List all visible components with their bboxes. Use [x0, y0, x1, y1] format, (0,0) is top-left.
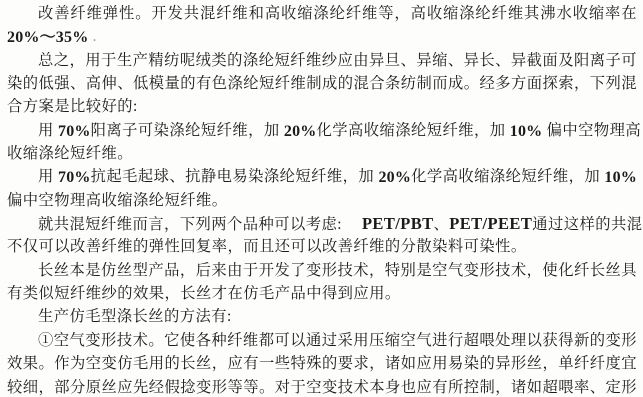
cjk-text: 化学高收缩涤纶短纤维，加 [411, 168, 604, 185]
text-line: 偏中空物理高收缩涤纶短纤维。 [7, 189, 637, 212]
cjk-text: 染的低强、高伸、低模量的有色涤纶短纤维制成的混合条纺制而成。经多方面探索，下列混 [7, 75, 637, 92]
cjk-text: 收缩涤纶短纤维。 [7, 145, 133, 162]
cjk-text [342, 216, 362, 233]
text-line: 收缩涤纶短纤维。 [7, 142, 637, 165]
cjk-text: . [88, 28, 97, 45]
cjk-text: 总之，用于生产精纺呢绒类的涤纶短纤维纱应由异旦、异缩、异长、异截面及阳离子可 [38, 52, 637, 69]
document-page: 改善纤维弹性。开发共混纤维和高收缩涤纶纤维等，高收缩涤纶纤维其沸水收缩率在20%… [0, 0, 643, 397]
cjk-text: 不仅可以改善纤维的弹性回复率，而且还可以改善纤维的分散染料可染性。 [7, 238, 527, 255]
cjk-text: 合方案是比较好的: [7, 98, 138, 115]
text-line: 染的低强、高伸、低模量的有色涤纶短纤维制成的混合条纺制而成。经多方面探索，下列混 [7, 72, 637, 95]
cjk-text: 就共混短纤维而言，下列两个品种可以考虑: [38, 216, 342, 233]
numeric-text: 70% [58, 123, 91, 140]
cjk-text: 用 [38, 168, 58, 185]
text-line: 就共混短纤维而言，下列两个品种可以考虑: PET/PBT、PET/PEET通过这… [7, 212, 637, 235]
cjk-text: 有类似短纤维纱的效果，长丝才在仿毛产品中得到应用。 [7, 285, 401, 302]
text-line: 较细，部分原丝应先经假捻变形等等。对于空变技术本身也应有所控制，诸如超喂率、定形 [7, 376, 637, 397]
cjk-text: 长丝本是仿丝型产品，后来由于开发了变形技术，特别是空气变形技术，使化纤长丝具 [38, 262, 637, 279]
text-line: 合方案是比较好的: [7, 95, 637, 118]
text-line: 改善纤维弹性。开发共混纤维和高收缩涤纶纤维等，高收缩涤纶纤维其沸水收缩率在 [7, 2, 637, 25]
cjk-text: 通过这样的共混， [532, 216, 643, 233]
cjk-text: 偏中空物理高收缩涤纶短纤维。 [7, 192, 227, 209]
cjk-text: 、 [434, 216, 450, 233]
text-line: 效果。作为空变仿毛用的长丝，应有一些特殊的要求，诸如应用易染的异形丝，单纤纤度宜 [7, 352, 637, 375]
cjk-text: 阳离子可染涤纶短纤维，加 [91, 122, 284, 139]
text-line: 用 70%阳离子可染涤纶短纤维，加 20%化学高收缩涤纶短纤维，加 10% 偏中… [7, 119, 637, 142]
text-line: 长丝本是仿丝型产品，后来由于开发了变形技术，特别是空气变形技术，使化纤长丝具 [7, 259, 637, 282]
numeric-text: 20% [378, 169, 411, 186]
cjk-text: ①空气变形技术。它使各种纤维都可以通过采用压缩空气进行超喂处理以获得新的变形 [38, 332, 637, 349]
text-line: 20%～35% . [7, 25, 637, 48]
text-page: 改善纤维弹性。开发共混纤维和高收缩涤纶纤维等，高收缩涤纶纤维其沸水收缩率在20%… [0, 0, 643, 397]
text-line: 用 70%抗起毛起球、抗静电易染涤纶短纤维，加 20%化学高收缩涤纶短纤维，加 … [7, 165, 637, 188]
text-line: 不仅可以改善纤维的弹性回复率，而且还可以改善纤维的分散染料可染性。 [7, 235, 637, 258]
text-line: 生产仿毛型涤长丝的方法有: [7, 305, 637, 328]
numeric-text: 10% [604, 169, 637, 186]
latin-text: PET/PBT [362, 214, 434, 233]
latin-text: PET/PEET [449, 214, 532, 233]
numeric-text: 10% [510, 123, 543, 140]
cjk-text: 效果。作为空变仿毛用的长丝，应有一些特殊的要求，诸如应用易染的异形丝，单纤纤度宜 [7, 355, 637, 372]
numeric-text: 70% [58, 169, 91, 186]
numeric-text: 20% [284, 123, 317, 140]
cjk-text: 改善纤维弹性。开发共混纤维和高收缩涤纶纤维等，高收缩涤纶纤维其沸水收缩率在 [38, 5, 637, 22]
cjk-text: 抗起毛起球、抗静电易染涤纶短纤维，加 [91, 168, 379, 185]
cjk-text: 生产仿毛型涤长丝的方法有: [38, 308, 232, 325]
cjk-text: 化学高收缩涤纶短纤维，加 [317, 122, 510, 139]
text-line: 有类似短纤维纱的效果，长丝才在仿毛产品中得到应用。 [7, 282, 637, 305]
cjk-text: 偏中空物理高 [542, 122, 641, 139]
text-line: 总之，用于生产精纺呢绒类的涤纶短纤维纱应由异旦、异缩、异长、异截面及阳离子可 [7, 49, 637, 72]
numeric-text: 20%～35% [7, 29, 88, 46]
cjk-text: 用 [38, 122, 58, 139]
text-line: ①空气变形技术。它使各种纤维都可以通过采用压缩空气进行超喂处理以获得新的变形 [7, 329, 637, 352]
cjk-text: 较细，部分原丝应先经假捻变形等等。对于空变技术本身也应有所控制，诸如超喂率、定形 [7, 379, 637, 396]
